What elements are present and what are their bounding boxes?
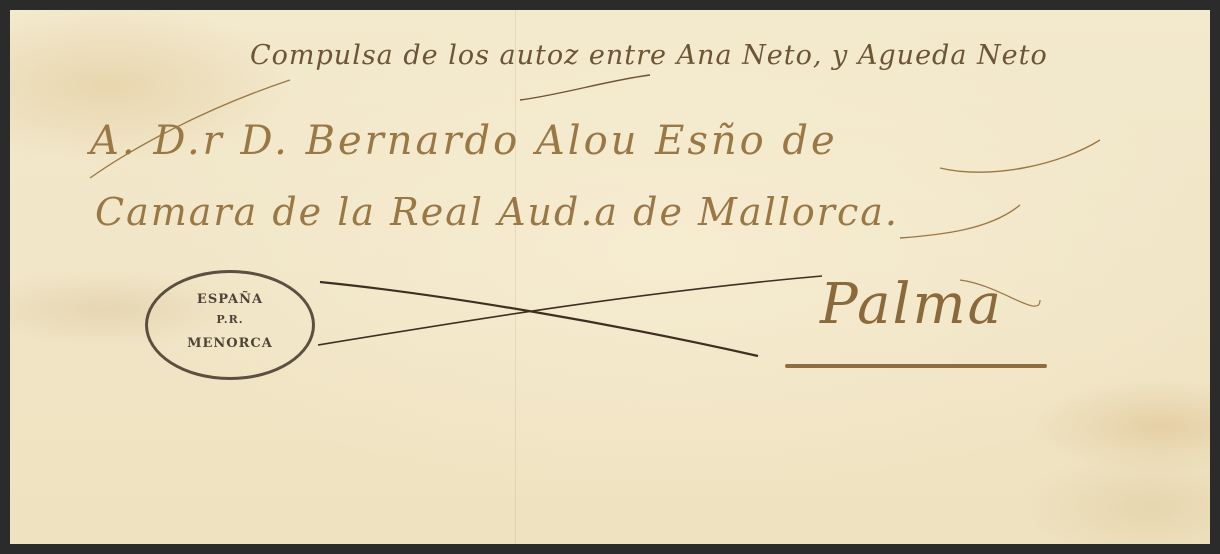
addressee-title-line: Camara de la Real Aud.a de Mallorca. (95, 190, 899, 234)
subject-line: Compulsa de los autoz entre Ana Neto, y … (250, 40, 1048, 71)
image-frame: Compulsa de los autoz entre Ana Neto, y … (0, 0, 1220, 554)
destination-underline (785, 364, 1047, 368)
paper-fold (515, 10, 516, 544)
postmark-row-3: MENORCA (148, 337, 312, 351)
addressee-line: A. D.r D. Bernardo Alou Esño de (90, 118, 838, 164)
postmark-row-2: P.R. (148, 313, 312, 327)
destination-palma: Palma (820, 272, 1003, 337)
postmark-row-1: ESPAÑA (148, 293, 312, 307)
postmark-stamp: ESPAÑA P.R. MENORCA (145, 270, 315, 380)
